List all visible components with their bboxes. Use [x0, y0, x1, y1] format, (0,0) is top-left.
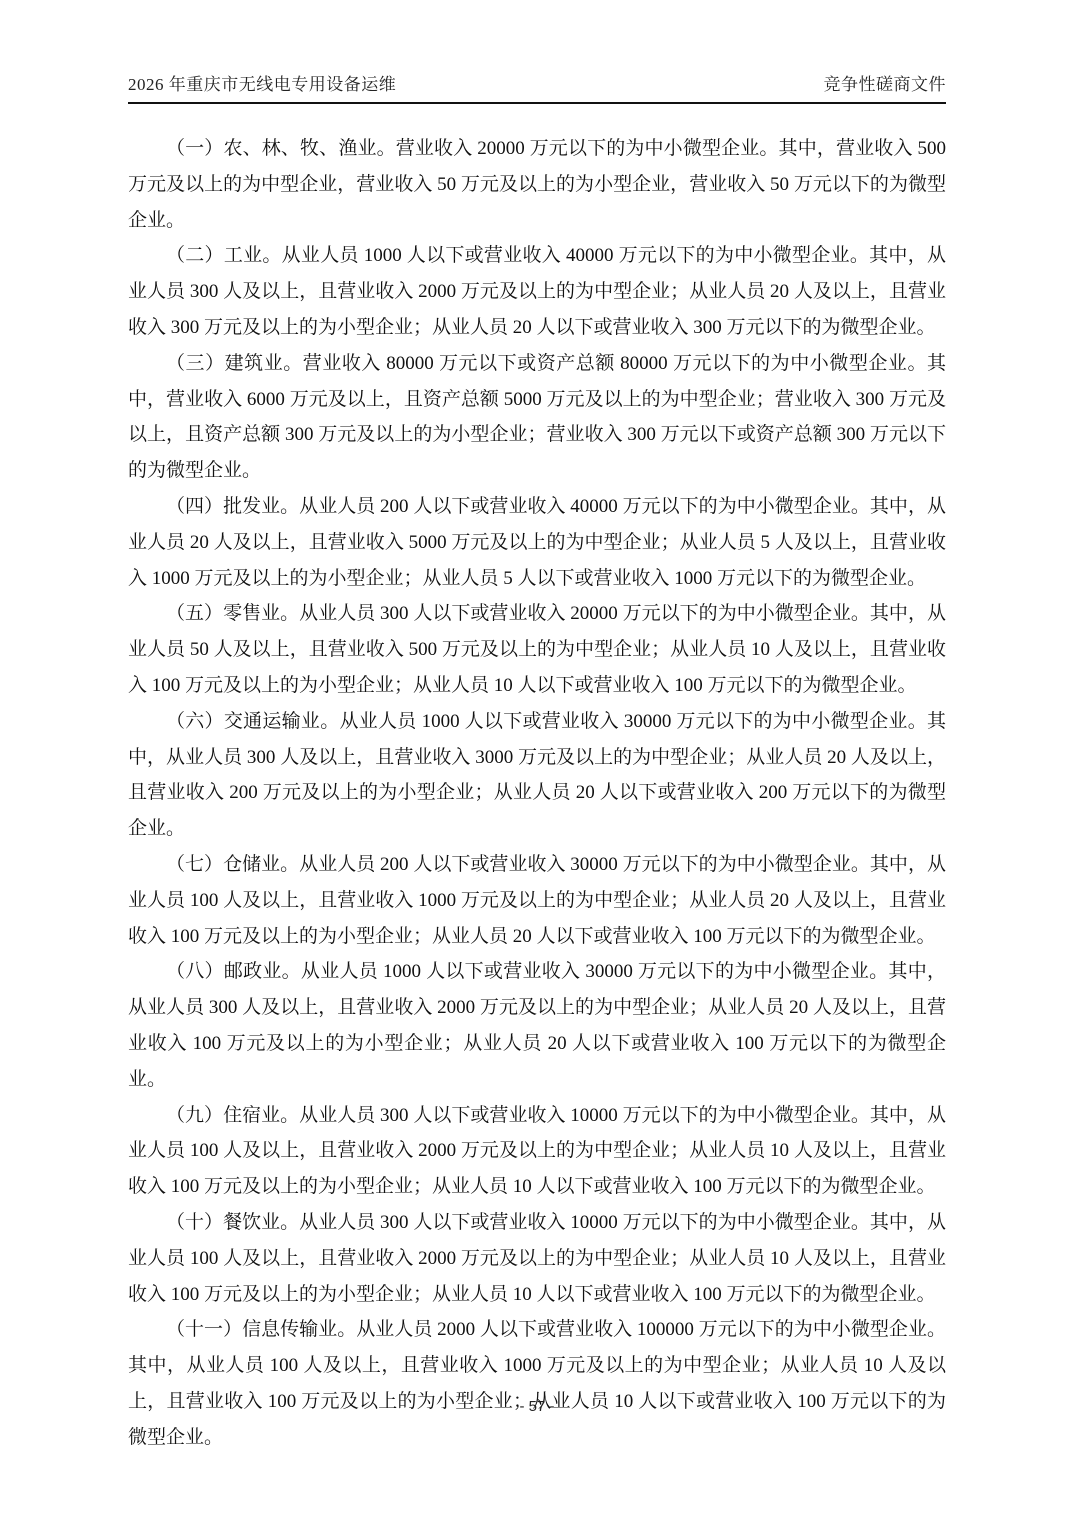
paragraph-retail: （五）零售业。从业人员 300 人以下或营业收入 20000 万元以下的为中小微…	[128, 596, 946, 703]
paragraph-postal: （八）邮政业。从业人员 1000 人以下或营业收入 30000 万元以下的为中小…	[128, 954, 946, 1097]
paragraph-agriculture: （一）农、林、牧、渔业。营业收入 20000 万元以下的为中小微型企业。其中，营…	[128, 131, 946, 238]
header-left-title: 2026 年重庆市无线电专用设备运维	[128, 70, 396, 95]
paragraph-transport: （六）交通运输业。从业人员 1000 人以下或营业收入 30000 万元以下的为…	[128, 704, 946, 847]
page-footer: - 57 -	[0, 1398, 1074, 1415]
paragraph-accommodation: （九）住宿业。从业人员 300 人以下或营业收入 10000 万元以下的为中小微…	[128, 1098, 946, 1205]
paragraph-information: （十一）信息传输业。从业人员 2000 人以下或营业收入 100000 万元以下…	[128, 1312, 946, 1455]
paragraph-catering: （十）餐饮业。从业人员 300 人以下或营业收入 10000 万元以下的为中小微…	[128, 1205, 946, 1312]
paragraph-warehousing: （七）仓储业。从业人员 200 人以下或营业收入 30000 万元以下的为中小微…	[128, 847, 946, 954]
document-body: （一）农、林、牧、渔业。营业收入 20000 万元以下的为中小微型企业。其中，营…	[128, 131, 946, 1455]
header-right-title: 竞争性磋商文件	[824, 70, 947, 95]
paragraph-construction: （三）建筑业。营业收入 80000 万元以下或资产总额 80000 万元以下的为…	[128, 346, 946, 489]
document-page: 2026 年重庆市无线电专用设备运维 竞争性磋商文件 （一）农、林、牧、渔业。营…	[0, 0, 1074, 1520]
paragraph-wholesale: （四）批发业。从业人员 200 人以下或营业收入 40000 万元以下的为中小微…	[128, 489, 946, 596]
paragraph-industry: （二）工业。从业人员 1000 人以下或营业收入 40000 万元以下的为中小微…	[128, 238, 946, 345]
page-number: - 57 -	[519, 1398, 554, 1415]
page-header: 2026 年重庆市无线电专用设备运维 竞争性磋商文件	[128, 70, 946, 104]
